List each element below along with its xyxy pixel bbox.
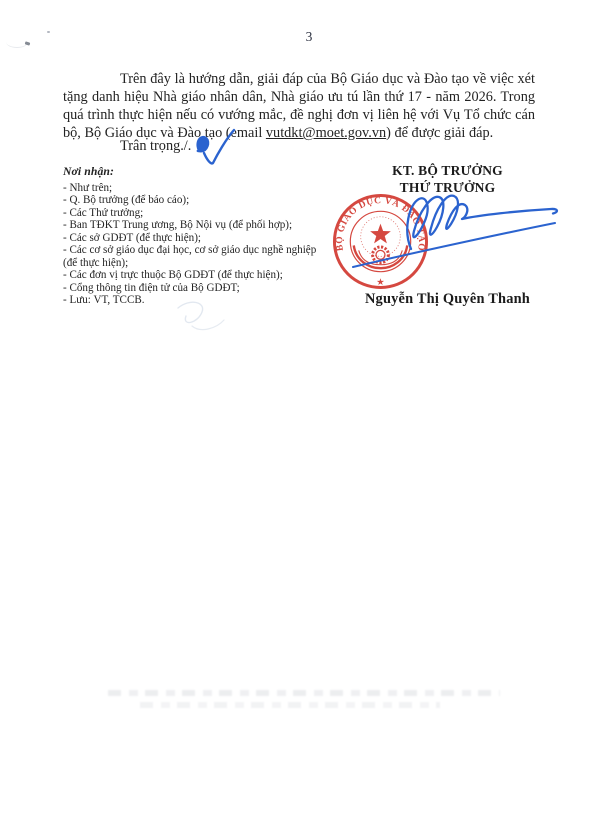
signer-name: Nguyễn Thị Quyên Thanh <box>330 291 565 308</box>
paragraph-text-after-email: ) để được giải đáp. <box>386 125 493 141</box>
recipient-item: - Các sở GDĐT (để thực hiện); <box>63 232 326 244</box>
document-page: 3 Trên đây là hướng dẫn, giải đáp của Bộ… <box>0 0 595 840</box>
email-address: vutdkt@moet.gov.vn <box>266 125 386 141</box>
seal-bottom-star: ★ <box>376 277 384 288</box>
recipient-item: - Cổng thông tin điện tử của Bộ GDĐT; <box>63 282 326 294</box>
recipient-item: - Các đơn vị trực thuộc Bộ GDĐT (để thực… <box>63 269 326 281</box>
recipient-item: - Các Thứ trưởng; <box>63 207 326 219</box>
page-number: 3 <box>0 29 595 45</box>
recipient-item: - Như trên; <box>63 182 326 194</box>
scan-speck <box>6 36 28 48</box>
recipient-item: - Ban TĐKT Trung ương, Bộ Nội vụ (để phố… <box>63 219 326 231</box>
bleed-through-text <box>140 702 440 708</box>
ghost-scribble <box>168 296 232 344</box>
recipients-heading: Nơi nhận: <box>63 165 326 178</box>
recipients-section: Nơi nhận: - Như trên; - Q. Bộ trưởng (để… <box>63 165 326 307</box>
recipient-item: - Q. Bộ trưởng (để báo cáo); <box>63 194 326 206</box>
body-paragraph: Trên đây là hướng dẫn, giải đáp của Bộ G… <box>63 71 535 143</box>
signing-authority: KT. BỘ TRƯỞNG <box>330 163 565 180</box>
closing-salutation: Trân trọng./. <box>120 138 191 155</box>
signature-ink <box>345 186 565 274</box>
bleed-through-text <box>108 690 500 696</box>
scan-speck <box>47 31 50 33</box>
recipient-item: - Các cơ sở giáo dục đại học, cơ sở giáo… <box>63 244 326 269</box>
